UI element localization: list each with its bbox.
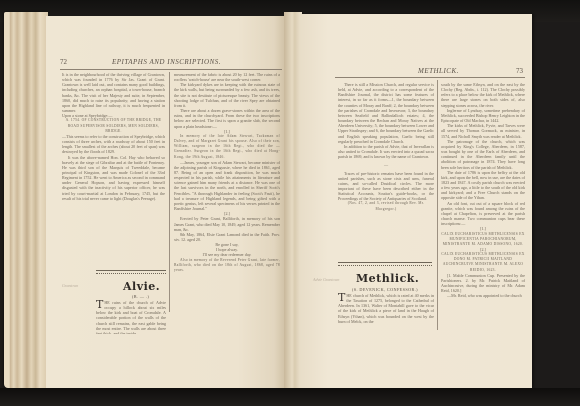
paragraph: HE church of Methlick, which is rated at… — [338, 293, 434, 324]
paragraph: There are about a dozen grave-stones wit… — [174, 108, 280, 129]
paragraph: —This seems to refer to the construction… — [62, 134, 165, 155]
inscription-note: [1. Mable Communion Cup. Presented by th… — [441, 273, 525, 294]
inscription-text: In memory of the late Adam Stewart, Tack… — [174, 134, 280, 160]
left-column-divider — [169, 72, 170, 312]
drop-cap: T — [338, 293, 345, 302]
methlick-text: THE church of Methlick, which is rated a… — [338, 293, 434, 329]
right-column-1: There is still a Mission Church, and reg… — [338, 82, 434, 250]
footnote: (Nos. 47, 2, and 3, revised through Rev.… — [338, 201, 434, 211]
pencil-margin-note: Grantown — [62, 283, 78, 288]
paragraph: An old font, cut out of a square block o… — [441, 201, 525, 227]
pencil-margin-note: Advie Grantown — [313, 277, 339, 282]
paragraph: Inglerme of Lyndsay, sometime prebendary… — [441, 108, 525, 123]
paragraph: It is in the neighbourhood of the thrivi… — [62, 72, 165, 113]
dark-background-bottom — [0, 388, 580, 406]
page-fore-edge — [4, 12, 48, 388]
section-heading-methlick: Methlick. — [356, 272, 419, 285]
paragraph: The kirkyard dykes are in keeping with t… — [174, 82, 280, 108]
inscription-text: 8th May, 1864, Elsie Grant Lamond died i… — [174, 232, 280, 242]
drop-cap: T — [96, 300, 103, 309]
section-subheading-alvie: (B. — .) — [132, 294, 149, 299]
paragraph: The patronage of the church, which was a… — [441, 139, 525, 170]
alvie-text: THE ruins of the church of Advie occupy … — [96, 300, 166, 334]
paragraph: The kirks of Methlick, Fyvie, and Tarves… — [441, 123, 525, 138]
paragraph: There is still a Mission Church, and reg… — [338, 82, 434, 144]
paragraph: measurement of the fabric is about 20 by… — [174, 72, 280, 82]
paragraph-separator: — — [338, 162, 434, 167]
inscription-text: CALIX EUCHARISTICUS METHLICENSIS EX MUNI… — [441, 232, 525, 247]
left-running-head: EPITAPHS AND INSCRIPTIONS. — [112, 58, 221, 66]
section-heading-alvie: Alvie. — [123, 280, 160, 293]
right-column-divider — [437, 80, 438, 330]
right-running-head: METHLICK. — [418, 67, 459, 75]
inscription-note: —James, younger son of Adam Stewart, bec… — [174, 160, 280, 212]
section-divider — [96, 270, 166, 274]
right-page-number: 73 — [516, 67, 523, 75]
inscription-text: CALIX EUCHARISTICUS METHLICENSIS EX DONO… — [441, 252, 525, 273]
paragraph: south by the same Ethsyn, and on the eas… — [441, 82, 525, 108]
right-header-rule — [335, 77, 525, 78]
paragraph: Traces of pre-historic remains have been… — [338, 171, 434, 202]
left-column-1: It is in the neighbourhood of the thrivi… — [62, 72, 165, 298]
right-column-2: south by the same Ethsyn, and on the eas… — [441, 82, 525, 330]
stone-inscription: A. 1754. OF CONSTRUCTION OF THE BRIDGE, … — [62, 118, 165, 133]
paragraph: It was the above-named Hon. Col. Hay who… — [62, 155, 165, 201]
left-page-number: 72 — [60, 58, 67, 66]
section-subheading-methlick: (S. DEVENICK, CONFESSOR.) — [352, 287, 418, 292]
paragraph: HE ruins of the church of Advie occupy a… — [96, 300, 166, 334]
inscription-text: Erected by Peter Grant, Balliforth, in m… — [174, 216, 280, 231]
paragraph: —Mr. Reid, who was appointed to the chur… — [441, 293, 525, 298]
paragraph: The date of 1786 is upon the belfry at t… — [441, 170, 525, 201]
left-header-rule — [60, 69, 282, 70]
inscription-text: Also in memory of the Reverend Peter Gra… — [174, 258, 280, 273]
paragraph: In addition to the parish of Advie, that… — [338, 144, 434, 159]
section-divider — [338, 262, 432, 266]
left-column-2: measurement of the fabric is about 20 by… — [174, 72, 280, 328]
